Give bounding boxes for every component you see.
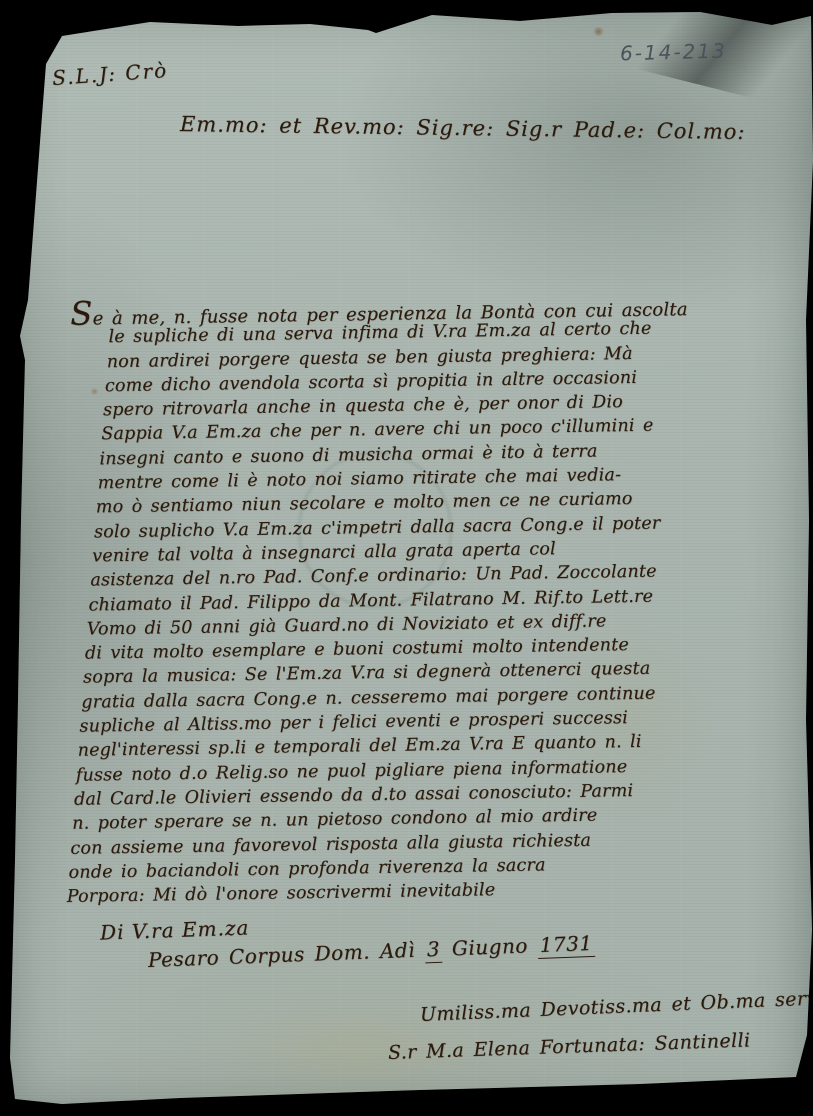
rust-stain [140, 6, 156, 17]
closing-line: Di V.ra Em.za [100, 915, 250, 944]
salutation-line: Em.mo: et Rev.mo: Sig.re: Sig.r Pad.e: C… [180, 112, 746, 144]
body-lines: Se à me, n. fusse nota per esperienza la… [56, 291, 781, 910]
dateline-day: 3 [424, 937, 442, 964]
paper-sheet: S.L.J: Crò 6-14-213 Em.mo: et Rev.mo: Si… [0, 0, 813, 1116]
dateline-month: Giugno [451, 933, 528, 960]
rust-stain [633, 3, 643, 10]
invocation-mark: S.L.J: Crò [51, 58, 169, 90]
signature-name: S.r M.a Elena Fortunata: Santinelli [388, 1029, 751, 1064]
signature-honorifics: Umiliss.ma Devotiss.ma et Ob.ma serva [420, 987, 813, 1026]
dateline-place: Pesaro Corpus Dom. [148, 939, 371, 972]
dateline-adi: Adì [379, 938, 415, 963]
dateline-year: 1731 [537, 931, 595, 959]
manuscript-scan: S.L.J: Crò 6-14-213 Em.mo: et Rev.mo: Si… [0, 0, 813, 1116]
rust-stain [592, 27, 605, 36]
rust-stain [236, 4, 247, 12]
archival-number: 6-14-213 [620, 39, 727, 66]
